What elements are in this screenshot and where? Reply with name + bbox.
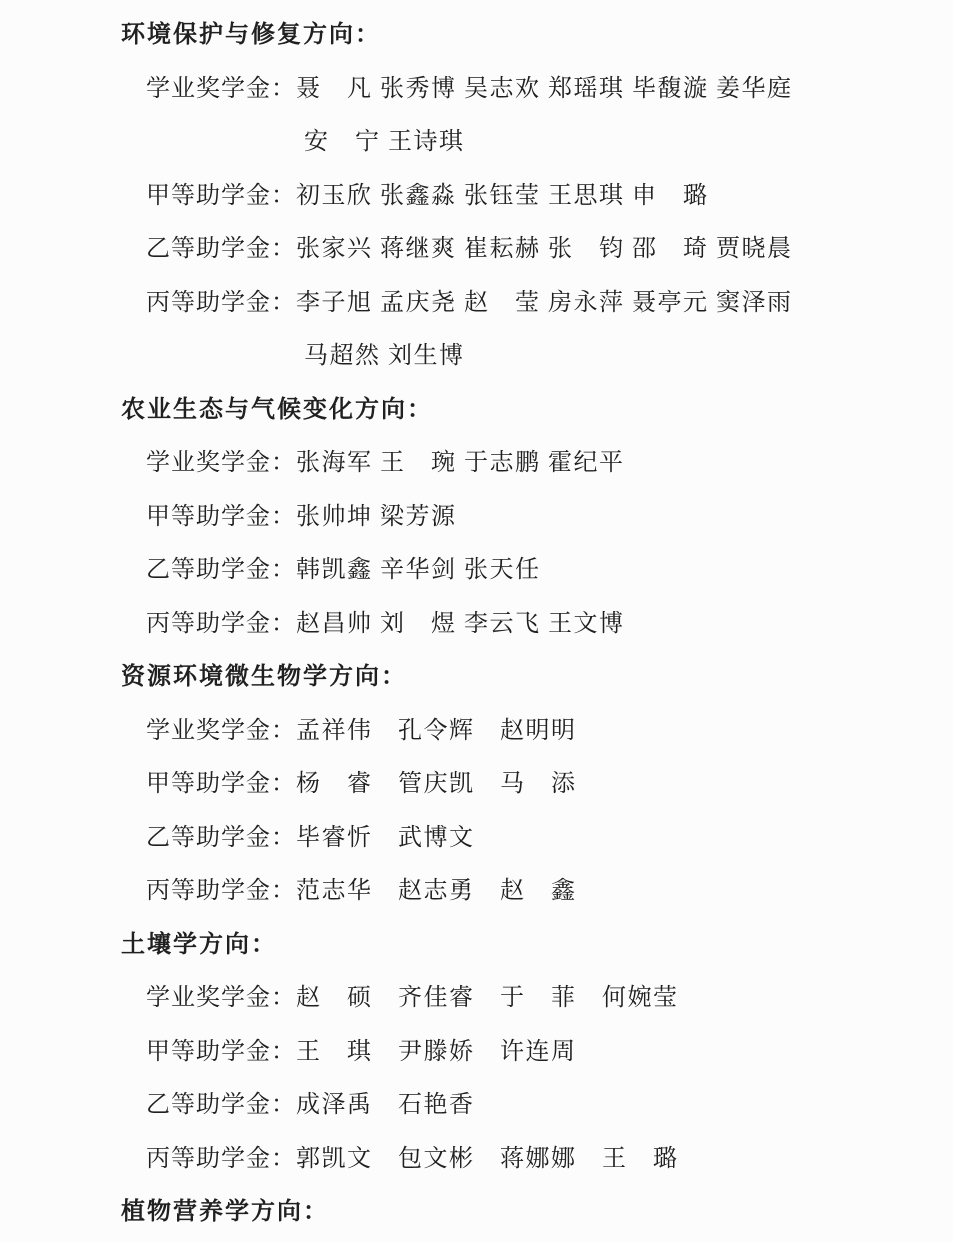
- recipient-names: 杨 睿 管庆凯 马 添: [296, 771, 577, 797]
- award-line: 学业奖学金：张海军 王 琬 于志鹏 霍纪平: [0, 437, 953, 491]
- direction-title: 农业生态与气候变化方向：: [0, 384, 953, 438]
- direction-title: 植物营养学方向：: [0, 1186, 953, 1240]
- award-category-label: 乙等助学金：: [146, 825, 296, 851]
- recipient-names: 毕睿忻 武博文: [296, 825, 475, 851]
- award-line: 甲等助学金：张帅坤 梁芳源: [0, 491, 953, 545]
- award-line: 乙等助学金：韩凯鑫 辛华剑 张天任: [0, 544, 953, 598]
- award-category-label: 乙等助学金：: [146, 236, 296, 262]
- recipient-names: 安 宁 王诗琪: [304, 129, 465, 155]
- award-line: 丙等助学金：赵昌帅 刘 煜 李云飞 王文博: [0, 598, 953, 652]
- award-category-label: 学业奖学金：: [146, 985, 296, 1011]
- award-line: 甲等助学金：初玉欣 张鑫淼 张钰莹 王思琪 申 璐: [0, 170, 953, 224]
- award-line: 学业奖学金：聂 凡 张秀博 吴志欢 郑瑶琪 毕馥漩 姜华庭: [0, 63, 953, 117]
- direction-title: 环境保护与修复方向：: [0, 9, 953, 63]
- award-line-continuation: 安 宁 王诗琪: [0, 116, 953, 170]
- recipient-names: 范志华 赵志勇 赵 鑫: [296, 878, 577, 904]
- recipient-names: 王 琪 尹滕娇 许连周: [296, 1039, 577, 1065]
- award-category-label: 乙等助学金：: [146, 557, 296, 583]
- award-line: 甲等助学金：王 琪 尹滕娇 许连周: [0, 1026, 953, 1080]
- direction-section: 环境保护与修复方向：学业奖学金：聂 凡 张秀博 吴志欢 郑瑶琪 毕馥漩 姜华庭安…: [0, 9, 953, 384]
- award-category-label: 学业奖学金：: [146, 76, 296, 102]
- recipient-names: 初玉欣 张鑫淼 张钰莹 王思琪 申 璐: [296, 183, 709, 209]
- award-line: 学业奖学金：孟祥伟 孔令辉 赵明明: [0, 705, 953, 759]
- recipient-names: 孟祥伟 孔令辉 赵明明: [296, 718, 577, 744]
- recipient-names: 张家兴 蒋继爽 崔耘赫 张 钧 邵 琦 贾晓晨: [296, 236, 793, 262]
- award-category-label: 丙等助学金：: [146, 611, 296, 637]
- direction-section: 土壤学方向：学业奖学金：赵 硕 齐佳睿 于 菲 何婉莹甲等助学金：王 琪 尹滕娇…: [0, 919, 953, 1187]
- direction-section: 资源环境微生物学方向：学业奖学金：孟祥伟 孔令辉 赵明明甲等助学金：杨 睿 管庆…: [0, 651, 953, 919]
- recipient-names: 郭凯文 包文彬 蒋娜娜 王 璐: [296, 1146, 679, 1172]
- direction-title: 土壤学方向：: [0, 919, 953, 973]
- award-category-label: 乙等助学金：: [146, 1092, 296, 1118]
- recipient-names: 聂 凡 张秀博 吴志欢 郑瑶琪 毕馥漩 姜华庭: [296, 76, 793, 102]
- recipient-names: 马超然 刘生博: [304, 343, 465, 369]
- direction-section: 植物营养学方向：: [0, 1186, 953, 1240]
- award-category-label: 丙等助学金：: [146, 290, 296, 316]
- award-category-label: 丙等助学金：: [146, 1146, 296, 1172]
- direction-title: 资源环境微生物学方向：: [0, 651, 953, 705]
- award-category-label: 学业奖学金：: [146, 450, 296, 476]
- award-category-label: 甲等助学金：: [146, 183, 296, 209]
- recipient-names: 赵昌帅 刘 煜 李云飞 王文博: [296, 611, 625, 637]
- scholarship-list: 环境保护与修复方向：学业奖学金：聂 凡 张秀博 吴志欢 郑瑶琪 毕馥漩 姜华庭安…: [0, 9, 953, 1240]
- direction-section: 农业生态与气候变化方向：学业奖学金：张海军 王 琬 于志鹏 霍纪平甲等助学金：张…: [0, 384, 953, 652]
- award-line: 乙等助学金：成泽禹 石艳香: [0, 1079, 953, 1133]
- recipient-names: 韩凯鑫 辛华剑 张天任: [296, 557, 541, 583]
- recipient-names: 李子旭 孟庆尧 赵 莹 房永萍 聂亭元 窦泽雨: [296, 290, 793, 316]
- award-line: 丙等助学金：范志华 赵志勇 赵 鑫: [0, 865, 953, 919]
- recipient-names: 张帅坤 梁芳源: [296, 504, 457, 530]
- award-line: 学业奖学金：赵 硕 齐佳睿 于 菲 何婉莹: [0, 972, 953, 1026]
- recipient-names: 赵 硕 齐佳睿 于 菲 何婉莹: [296, 985, 679, 1011]
- award-category-label: 丙等助学金：: [146, 878, 296, 904]
- award-category-label: 甲等助学金：: [146, 771, 296, 797]
- award-line: 甲等助学金：杨 睿 管庆凯 马 添: [0, 758, 953, 812]
- award-category-label: 学业奖学金：: [146, 718, 296, 744]
- award-category-label: 甲等助学金：: [146, 504, 296, 530]
- document-page: 环境保护与修复方向：学业奖学金：聂 凡 张秀博 吴志欢 郑瑶琪 毕馥漩 姜华庭安…: [0, 0, 953, 1242]
- award-line: 丙等助学金：李子旭 孟庆尧 赵 莹 房永萍 聂亭元 窦泽雨: [0, 277, 953, 331]
- award-line: 乙等助学金：毕睿忻 武博文: [0, 812, 953, 866]
- award-line: 乙等助学金：张家兴 蒋继爽 崔耘赫 张 钧 邵 琦 贾晓晨: [0, 223, 953, 277]
- award-category-label: 甲等助学金：: [146, 1039, 296, 1065]
- award-line: 丙等助学金：郭凯文 包文彬 蒋娜娜 王 璐: [0, 1133, 953, 1187]
- recipient-names: 成泽禹 石艳香: [296, 1092, 475, 1118]
- award-line-continuation: 马超然 刘生博: [0, 330, 953, 384]
- recipient-names: 张海军 王 琬 于志鹏 霍纪平: [296, 450, 625, 476]
